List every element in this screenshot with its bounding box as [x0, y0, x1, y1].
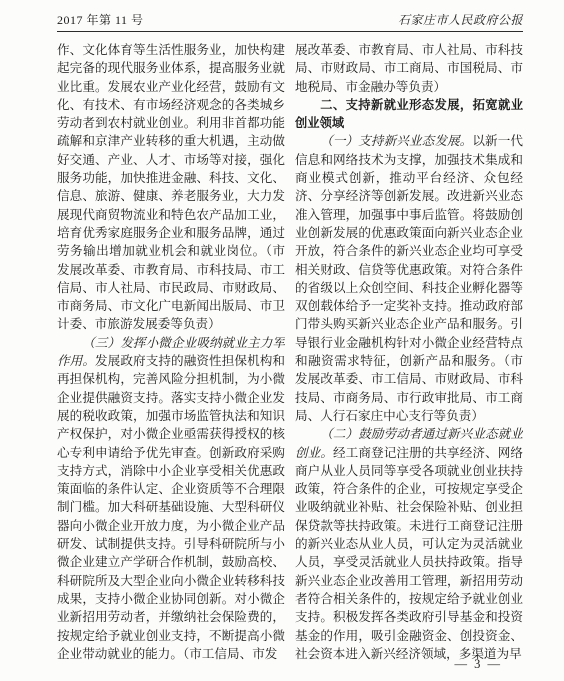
left-column: 作、文化体育等生活性服务业，加快构建起完备的现代服务业体系，提高服务业就业比重。… [57, 41, 285, 667]
text-segment-normal: 展改革委、市教育局、市人社局、市科技局、市财政局、市工商局、市国税局、市地税局、… [295, 43, 523, 94]
header-issue-label: 2017 年第 11 号 [57, 11, 144, 28]
text-segment-normal: 以新一代信息和网络技术为支撑，加强技术集成和商业模式创新，推动平台经济、众包经济… [295, 134, 523, 422]
paragraph: （三）发挥小微企业吸纳就业主力军作用。发展政府支持的融资性担保机构和再担保机构，… [57, 334, 285, 663]
text-segment-normal: 作、文化体育等生活性服务业，加快构建起完备的现代服务业体系，提高服务业就业比重。… [57, 43, 285, 331]
right-column: 展改革委、市教育局、市人社局、市科技局、市财政局、市工商局、市国税局、市地税局、… [295, 41, 523, 667]
header-rule [57, 31, 523, 32]
paragraph: 展改革委、市教育局、市人社局、市科技局、市财政局、市工商局、市国税局、市地税局、… [295, 41, 523, 96]
document-body: 作、文化体育等生活性服务业，加快构建起完备的现代服务业体系，提高服务业就业比重。… [57, 41, 523, 667]
text-segment-bold: 二、支持新就业形态发展，拓宽就业创业领域 [295, 98, 523, 130]
header-gazette-title: 石家庄市人民政府公报 [398, 11, 523, 28]
paragraph: （一）支持新兴业态发展。以新一代信息和网络技术为支撑，加强技术集成和商业模式创新… [295, 132, 523, 425]
paragraph: （二）鼓励劳动者通过新兴业态就业创业。经工商登记注册的共享经济、网络商户从业人员… [295, 425, 523, 663]
paragraph: 作、文化体育等生活性服务业，加快构建起完备的现代服务业体系，提高服务业就业比重。… [57, 41, 285, 334]
text-segment-normal: 经工商登记注册的共享经济、网络商户从业人员同等享受各项就业创业扶持政策，符合条件… [295, 446, 523, 661]
running-header: 2017 年第 11 号 石家庄市人民政府公报 [57, 11, 523, 28]
page-number: — 3 — [455, 657, 503, 672]
text-segment-kai: （一）支持新兴业态发展。 [320, 134, 472, 148]
gazette-page: 2017 年第 11 号 石家庄市人民政府公报 作、文化体育等生活性服务业，加快… [0, 0, 564, 681]
text-segment-normal: 发展政府支持的融资性担保机构和再担保机构，完善风险分担机制，为小微企业提供融资支… [57, 354, 285, 661]
paragraph: 二、支持新就业形态发展，拓宽就业创业领域 [295, 96, 523, 133]
